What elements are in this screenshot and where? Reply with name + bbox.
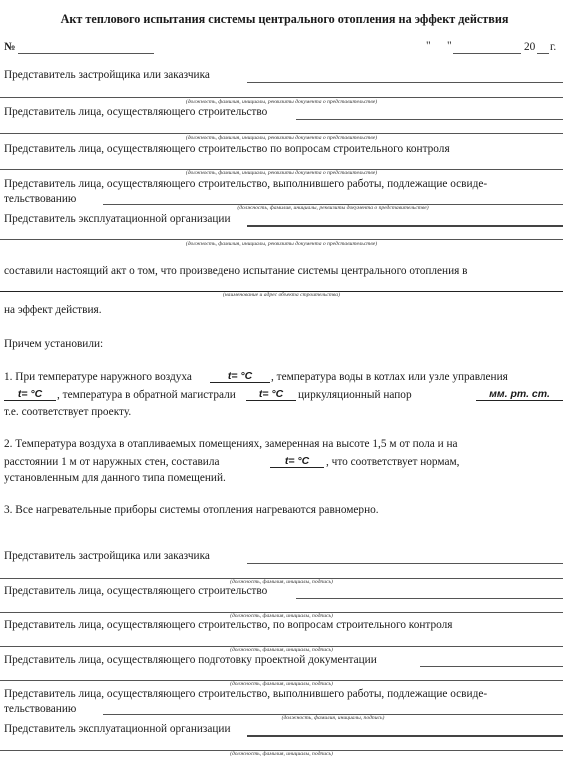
- top-rep-1-field[interactable]: [247, 82, 563, 83]
- bottom-rep-6-field[interactable]: [247, 735, 563, 737]
- item2-text-b: расстоянии 1 м от наружных стен, состави…: [4, 456, 220, 468]
- item1-text-a: 1. При температуре наружного воздуха: [4, 371, 192, 383]
- established-text: Причем установили:: [4, 338, 103, 350]
- year-field[interactable]: [537, 53, 549, 54]
- top-rep-1-field-2[interactable]: [0, 97, 563, 98]
- top-rep-4-label-cont: тельствованию: [4, 193, 76, 205]
- bottom-rep-1-field[interactable]: [247, 563, 563, 564]
- item2-text-a: 2. Температура воздуха в отапливаемых по…: [4, 438, 458, 450]
- top-rep-4-hint: (должность, фамилия, инициалы, реквизиты…: [103, 205, 563, 211]
- number-label: №: [4, 41, 15, 53]
- item1-text-e: т.е. соответствует проекту.: [4, 406, 131, 418]
- item1-text-c: , температура в обратной магистрали: [57, 389, 236, 401]
- outdoor-temp-field[interactable]: t= °C: [210, 370, 270, 383]
- top-rep-1-label: Представитель застройщика или заказчика: [4, 69, 210, 81]
- intro-text: составили настоящий акт о том, что произ…: [4, 265, 467, 277]
- return-temp-field[interactable]: t= °C: [246, 388, 296, 401]
- top-rep-4-label: Представитель лица, осуществляющего стро…: [4, 178, 487, 190]
- act-number-field[interactable]: [18, 53, 154, 54]
- effect-text: на эффект действия.: [4, 304, 102, 316]
- bottom-rep-3-label: Представитель лица, осуществляющего стро…: [4, 619, 452, 631]
- bottom-rep-6-hint: (должность, фамилия, инициалы, подпись): [0, 751, 563, 757]
- top-rep-5-label: Представитель эксплуатационной организац…: [4, 213, 231, 225]
- top-rep-2-hint: (должность, фамилия, инициалы, реквизиты…: [0, 135, 563, 141]
- top-rep-5-field[interactable]: [247, 225, 563, 227]
- item1-text-d: циркуляционный напор: [298, 389, 412, 401]
- bottom-rep-4-label: Представитель лица, осуществляющего подг…: [4, 654, 377, 666]
- top-rep-2-field-2[interactable]: [0, 133, 563, 134]
- top-rep-2-field[interactable]: [296, 119, 563, 120]
- bottom-rep-3-hint: (должность, фамилия, инициалы, подпись): [0, 647, 563, 653]
- top-rep-3-label: Представитель лица, осуществляющего стро…: [4, 143, 450, 155]
- item2-text-d: установленным для данного типа помещений…: [4, 472, 226, 484]
- top-rep-2-label: Представитель лица, осуществляющего стро…: [4, 106, 267, 118]
- bottom-rep-4-hint: (должность, фамилия, инициалы, подпись): [0, 681, 563, 687]
- date-quote-open: ": [426, 40, 431, 52]
- object-hint: (наименование и адрес объекта строительс…: [0, 292, 563, 298]
- bottom-rep-5-label: Представитель лица, осуществляющего стро…: [4, 688, 487, 700]
- pressure-field[interactable]: мм. рт. ст.: [476, 388, 563, 401]
- room-temp-field[interactable]: t= °C: [270, 455, 324, 468]
- bottom-rep-1-label: Представитель застройщика или заказчика: [4, 550, 210, 562]
- bottom-rep-6-label: Представитель эксплуатационной организац…: [4, 723, 231, 735]
- bottom-rep-4-field[interactable]: [420, 666, 563, 667]
- bottom-rep-2-label: Представитель лица, осуществляющего стро…: [4, 585, 267, 597]
- item2-text-c: , что соответствует нормам,: [326, 456, 459, 468]
- item3-text: 3. Все нагревательные приборы системы от…: [4, 504, 379, 516]
- item1-text-b: , температура воды в котлах или узле упр…: [271, 371, 508, 383]
- bottom-rep-2-field[interactable]: [296, 598, 563, 599]
- date-month-field[interactable]: [453, 53, 521, 54]
- document-title: Акт теплового испытания системы централь…: [0, 12, 569, 27]
- top-rep-1-hint: (должность, фамилия, инициалы, реквизиты…: [0, 99, 563, 105]
- boiler-temp-field[interactable]: t= °C: [4, 388, 56, 401]
- year-suffix: г.: [550, 41, 556, 53]
- top-rep-5-field-2[interactable]: [0, 239, 563, 240]
- top-rep-3-hint: (должность, фамилия, инициалы, реквизиты…: [0, 170, 563, 176]
- top-rep-5-hint: (должность, фамилия, инициалы, реквизиты…: [0, 241, 563, 247]
- year-prefix: 20: [524, 41, 535, 53]
- bottom-rep-5-hint: (должность, фамилия, инициалы, подпись): [103, 715, 563, 721]
- bottom-rep-5-label-cont: тельствованию: [4, 703, 76, 715]
- date-quote-close: ": [447, 40, 452, 52]
